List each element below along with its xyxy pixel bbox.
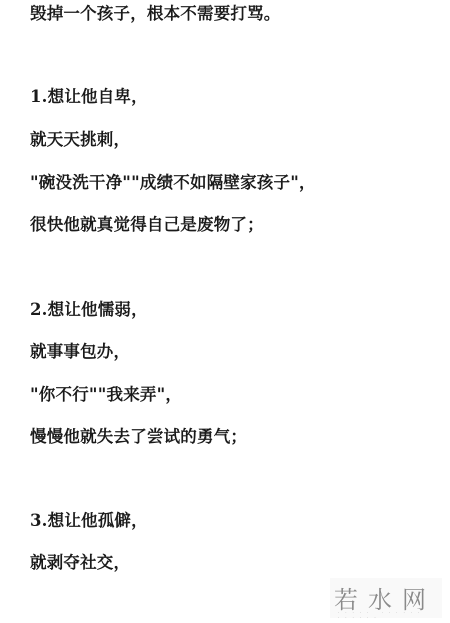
watermark-subtext: ····· ······ ······: [338, 610, 442, 620]
section-line: "你不行""我来弄"，: [30, 385, 182, 405]
section-line: "碗没洗干净""成绩不如隔壁家孩子"，: [30, 173, 316, 193]
watermark-logo: 若水网 ····· ······ ······: [330, 578, 442, 618]
section-line: 就剥夺社交，: [30, 553, 130, 573]
section-line: 就事事包办，: [30, 342, 130, 362]
section-heading: 1.想让他自卑，: [30, 87, 148, 107]
section-heading: 3.想让他孤僻，: [30, 511, 148, 531]
section-heading: 2.想让他懦弱，: [30, 300, 148, 320]
section-line: 就天天挑刺，: [30, 130, 130, 150]
intro-line: 毁掉一个孩子，根本不需要打骂。: [30, 4, 281, 24]
section-line: 很快他就真觉得自己是废物了；: [30, 215, 264, 235]
section-line: 慢慢他就失去了尝试的勇气；: [30, 427, 247, 447]
